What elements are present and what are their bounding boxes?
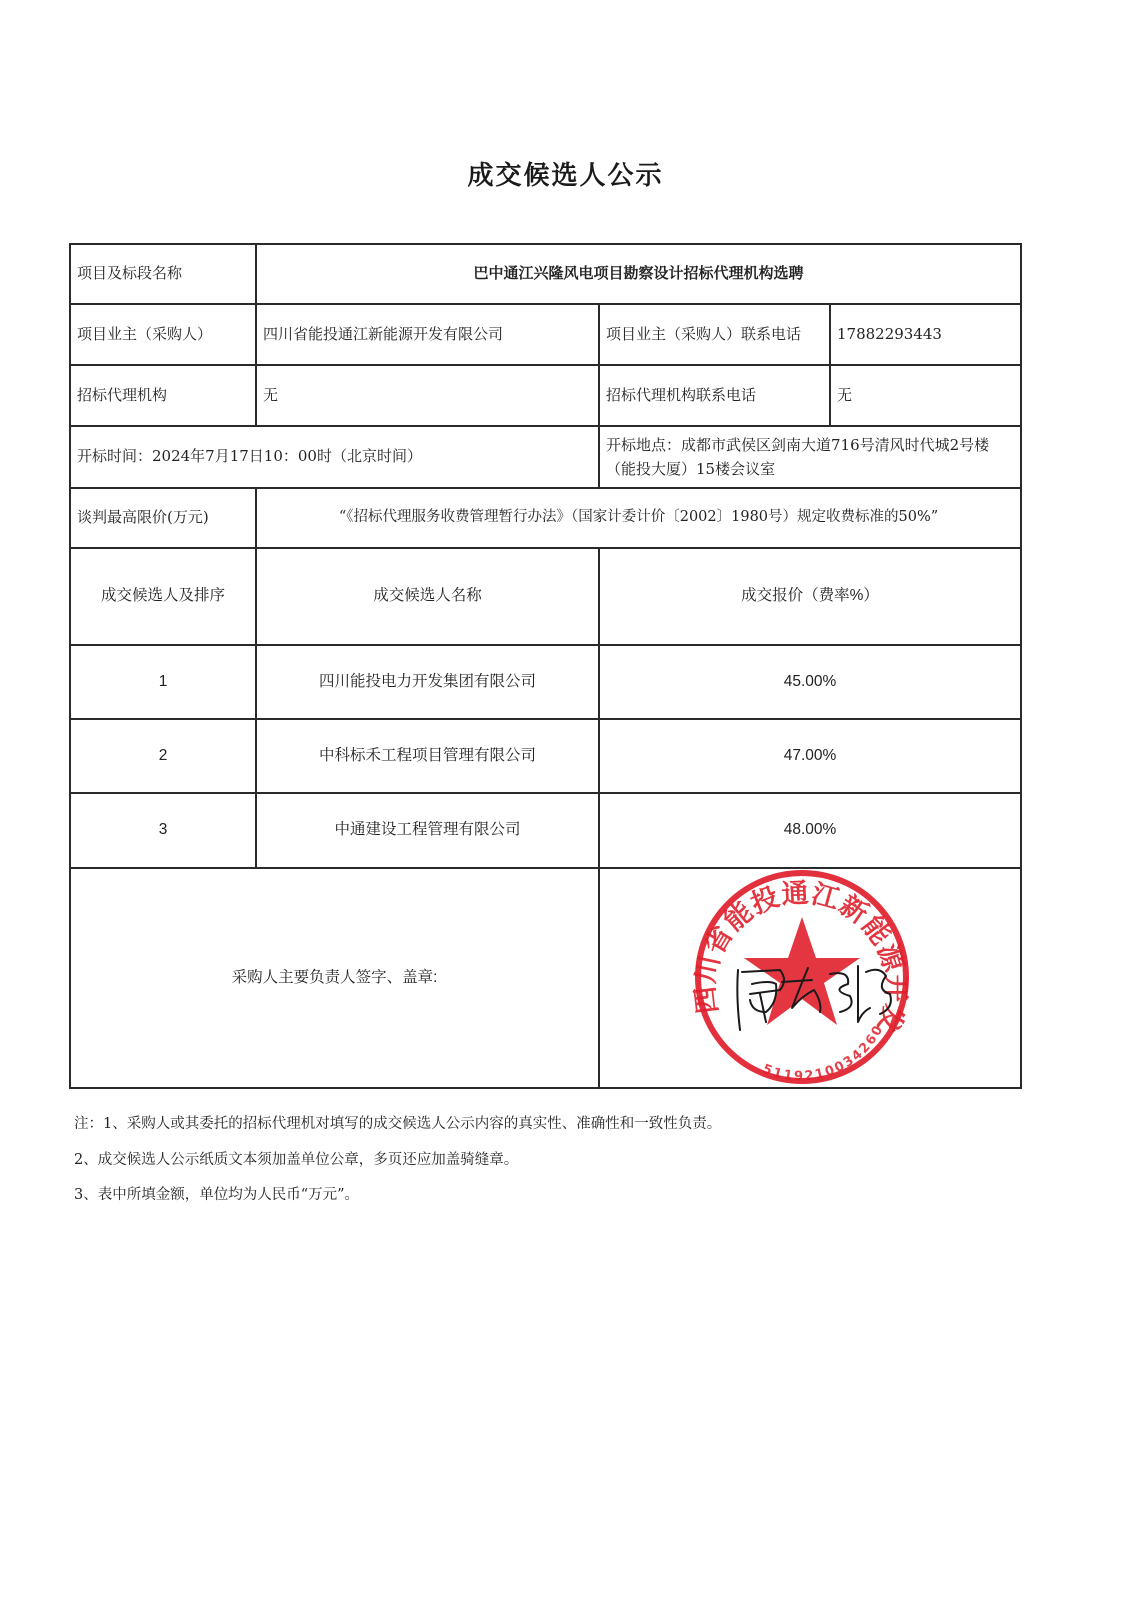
candidates-header-quote: 成交报价（费率%） [600, 549, 1020, 644]
owner-label: 项目业主（采购人） [71, 305, 255, 364]
candidate-name: 四川能投电力开发集团有限公司 [257, 646, 598, 718]
note-1: 注：1、采购人或其委托的招标代理机对填写的成交候选人公示内容的真实性、准确性和一… [74, 1112, 721, 1133]
candidate-quote: 45.00% [600, 646, 1020, 718]
candidate-name: 中通建设工程管理有限公司 [257, 794, 598, 867]
agency-phone-value: 无 [831, 366, 1020, 425]
candidate-quote: 48.00% [600, 794, 1020, 867]
agency-value: 无 [257, 366, 598, 425]
svg-text:5119210034260: 5119210034260 [760, 1022, 887, 1084]
owner-phone-value: 17882293443 [831, 305, 1020, 364]
agency-phone-label: 招标代理机构联系电话 [600, 366, 829, 425]
candidate-quote: 47.00% [600, 720, 1020, 792]
project-name-value: 巴中通江兴隆风电项目勘察设计招标代理机构选聘 [257, 245, 1020, 303]
owner-value: 四川省能投通江新能源开发有限公司 [257, 305, 598, 364]
candidate-name: 中科标禾工程项目管理有限公司 [257, 720, 598, 792]
candidate-rank: 3 [71, 794, 255, 867]
agency-label: 招标代理机构 [71, 366, 255, 425]
project-name-label: 项目及标段名称 [71, 245, 255, 303]
candidate-rank: 2 [71, 720, 255, 792]
note-3: 3、表中所填金额，单位均为人民币“万元”。 [74, 1183, 359, 1204]
signature-label: 采购人主要负责人签字、盖章: [71, 869, 598, 1087]
price-limit-value: “《招标代理服务收费管理暂行办法》（国家计委计价〔2002〕1980号）规定收费… [257, 489, 1020, 547]
opening-place: 开标地点：成都市武侯区剑南大道716号清风时代城2号楼（能投大厦）15楼会议室 [600, 427, 1016, 487]
note-2: 2、成交候选人公示纸质文本须加盖单位公章，多页还应加盖骑缝章。 [74, 1148, 518, 1169]
seal-number: 5119210034260 [760, 1022, 887, 1084]
owner-phone-label: 项目业主（采购人）联系电话 [600, 305, 829, 364]
document-title: 成交候选人公示 [0, 155, 1131, 192]
opening-time: 开标时间：2024年7月17日10：00时（北京时间） [71, 427, 598, 487]
price-limit-label: 谈判最高限价(万元) [71, 489, 255, 547]
candidates-header-rank: 成交候选人及排序 [71, 549, 255, 644]
candidates-header-name: 成交候选人名称 [257, 549, 598, 644]
candidate-rank: 1 [71, 646, 255, 718]
official-seal-icon: 四川省能投通江新能源开发有限公司 5119210034260 [680, 862, 920, 1092]
